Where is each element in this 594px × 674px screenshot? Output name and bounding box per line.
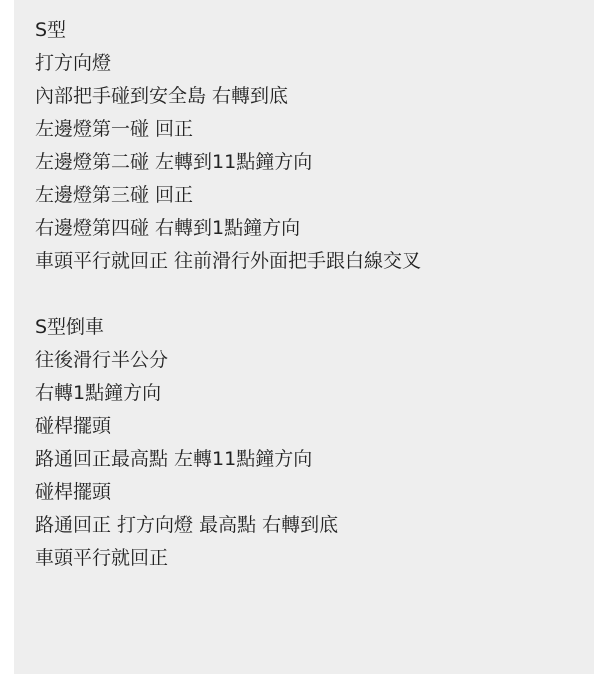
note-line: 車頭平行就回正 往前滑行外面把手跟白線交叉: [35, 245, 421, 278]
note-line: 左邊燈第一碰 回正: [35, 113, 421, 146]
note-content: S型 打方向燈 內部把手碰到安全島 右轉到底 左邊燈第一碰 回正 左邊燈第二碰 …: [35, 14, 421, 575]
blank-line: [35, 278, 421, 311]
note-line: 路通回正 打方向燈 最高點 右轉到底: [35, 509, 421, 542]
note-line: 右轉1點鐘方向: [35, 377, 421, 410]
note-line: 碰桿擺頭: [35, 410, 421, 443]
note-line: 車頭平行就回正: [35, 542, 421, 575]
note-line: 打方向燈: [35, 47, 421, 80]
note-line: 右邊燈第四碰 右轉到1點鐘方向: [35, 212, 421, 245]
note-panel: S型 打方向燈 內部把手碰到安全島 右轉到底 左邊燈第一碰 回正 左邊燈第二碰 …: [14, 0, 594, 674]
note-line: 碰桿擺頭: [35, 476, 421, 509]
section-title: S型倒車: [35, 311, 421, 344]
note-line: 往後滑行半公分: [35, 344, 421, 377]
section-s-curve-reverse: S型倒車 往後滑行半公分 右轉1點鐘方向 碰桿擺頭 路通回正最高點 左轉11點鐘…: [35, 311, 421, 575]
note-line: 左邊燈第二碰 左轉到11點鐘方向: [35, 146, 421, 179]
note-line: 內部把手碰到安全島 右轉到底: [35, 80, 421, 113]
section-title: S型: [35, 14, 421, 47]
section-s-curve: S型 打方向燈 內部把手碰到安全島 右轉到底 左邊燈第一碰 回正 左邊燈第二碰 …: [35, 14, 421, 278]
note-line: 路通回正最高點 左轉11點鐘方向: [35, 443, 421, 476]
note-line: 左邊燈第三碰 回正: [35, 179, 421, 212]
